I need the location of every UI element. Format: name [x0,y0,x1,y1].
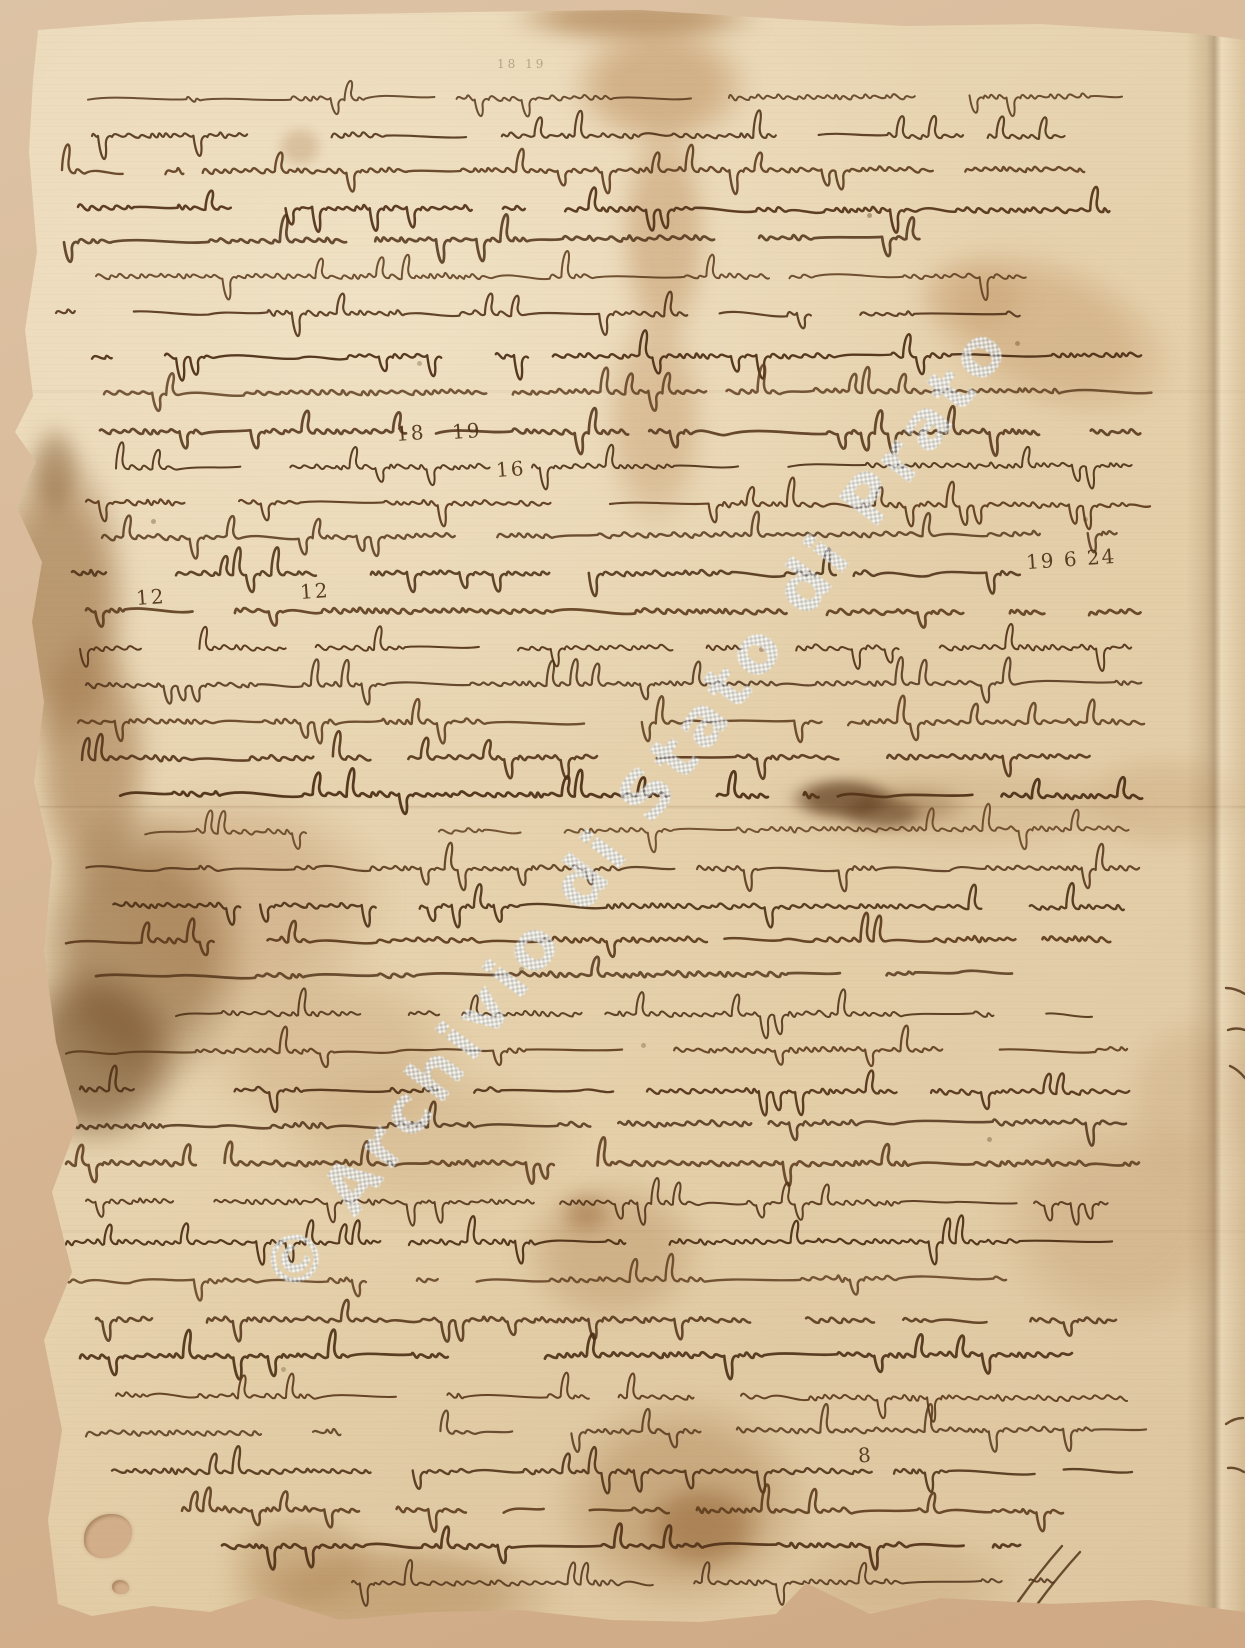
manuscript-line [62,144,1084,194]
stain-left-diagonal [190,960,474,1144]
manuscript-line [82,731,1090,779]
manuscript-line [182,1485,1063,1532]
ink-blot [836,794,928,832]
manuscript-mark [1036,1552,1080,1606]
manuscript-mark [1228,1468,1244,1472]
stain-left-edge-spot [29,422,81,518]
stain-top-streak [616,115,712,355]
legible-numeral: 18 19 [497,57,546,71]
stain-top-edge [505,0,765,44]
manuscript-line [56,292,1020,336]
manuscript-line [222,1524,1020,1570]
manuscript-line [100,406,1140,455]
manuscript-line [86,1178,1108,1226]
stain-bottom-middle-core [640,1480,764,1572]
fold-crease [28,1230,1245,1234]
stain-left-blotch [30,802,254,1102]
manuscript-line [86,478,1150,530]
manuscript-line [92,110,1065,159]
manuscript-line [116,442,1132,489]
stain-corner-spot [276,125,324,169]
manuscript-line [78,696,1144,744]
handwriting-ink-layer [0,0,1245,1648]
manuscript-line [113,883,1123,927]
paper-hole [112,1580,129,1594]
stain-bottom-middle [550,1390,814,1614]
manuscript-line [86,843,1139,892]
legible-numeral: 19 [451,418,482,444]
legible-numeral: 12 [299,578,330,604]
stain-top-streak [600,305,710,535]
manuscript-line [64,214,919,262]
manuscript-line [104,365,1151,411]
manuscript-mark [1228,1029,1245,1031]
legible-numeral: 19 6 24 [1025,544,1117,574]
vertical-fold [1186,26,1245,1616]
manuscript-line [116,1373,1127,1422]
manuscript-line [145,804,1128,852]
stain-mid-blob [514,1174,710,1330]
stain-right-wash [888,205,1208,458]
stain-bottom-band [220,1510,384,1614]
manuscript-line [96,957,1012,978]
stain-left-blotch-core [8,960,184,1152]
manuscript-line [72,547,1020,596]
stain-left-diagonal [265,1058,585,1222]
stain-mid-speck [560,1194,612,1234]
stain-fold-halo [1070,750,1245,854]
legible-numeral: 12 [135,584,166,610]
manuscript-line [80,624,1131,671]
legible-numeral: 18 [395,420,426,446]
manuscript-line [66,1137,1139,1185]
fold-crease [28,806,1245,810]
manuscript-line [86,657,1141,704]
manuscript-line [352,1560,1054,1606]
manuscript-line [66,1026,1127,1068]
manuscript-line [120,768,1142,813]
manuscript-mark [1018,1546,1062,1602]
stain-top-streak [565,20,755,150]
ink-blot-halo [853,784,973,828]
stain-left-blotch [30,622,154,902]
stain-fold-halo [750,758,1150,854]
manuscript-line [92,330,1141,380]
manuscript-line [96,1300,1116,1342]
stain-lower-right [990,1110,1245,1334]
fold-crease [28,390,1245,394]
stain-left-blotch [0,440,133,760]
manuscript-line [66,913,1110,957]
stain-bottom-band [220,1540,564,1648]
manuscript-line [80,1330,1072,1380]
ink-speckles [0,0,3,3]
ink-blot [787,776,899,822]
manuscript-mark [1226,988,1245,994]
manuscript-line [86,1404,1146,1452]
stain-left-diagonal [67,780,397,1024]
manuscript-line [88,81,1122,117]
manuscript-line [102,512,1117,559]
manuscript-line [66,1215,1112,1264]
legible-numeral: 16 [495,456,526,482]
manuscript-mark [1230,1066,1245,1078]
manuscript-line [62,1254,1006,1301]
legible-numeral: 8 [857,1443,873,1468]
manuscript-line [96,251,1026,300]
manuscript-line [86,608,1141,628]
manuscript-line [112,1446,1132,1493]
manuscript-line [72,1102,1126,1146]
manuscript-line [176,988,1092,1038]
stain-lower-right [1120,1010,1245,1194]
photo-backdrop: 18 19181916121219 6 248 © Archivio di St… [0,0,1245,1648]
manuscript-line [78,187,1109,233]
paper-hole [84,1514,132,1558]
stain-right-wash [912,256,1032,336]
manuscript-page: 18 19181916121219 6 248 [0,0,1245,1648]
manuscript-mark [1226,1418,1243,1424]
stain-bottom-right [780,1530,1024,1634]
manuscript-line [80,1066,1129,1116]
